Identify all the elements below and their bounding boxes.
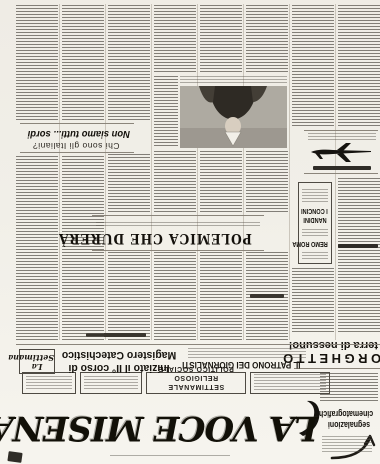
text-column — [292, 268, 334, 332]
text-column — [108, 4, 150, 120]
newspaper-page: segnalazioni cinematografiche BORGHETTO … — [0, 0, 380, 464]
text-column — [62, 156, 104, 340]
ad-line: NANDINI — [302, 216, 328, 223]
column-rule — [151, 4, 152, 340]
text-column — [108, 154, 150, 212]
text-column — [108, 252, 150, 340]
subtitle-line1: SETTIMANALE RELIGIOSO — [168, 374, 224, 390]
airplane-ad — [304, 130, 378, 174]
photo-caption — [180, 76, 287, 83]
column-rule — [197, 4, 198, 340]
info-box-date — [22, 372, 76, 394]
info-box-abbonamenti — [250, 372, 330, 394]
text-column — [16, 156, 58, 340]
ad-line: I CONCINI — [302, 207, 328, 214]
text-column — [246, 150, 288, 212]
info-box-anno — [80, 372, 142, 394]
cinema-heading-line2: cinematografiche — [315, 409, 373, 419]
text-column — [62, 4, 104, 120]
bishop-photo-image — [180, 86, 287, 148]
headline-patrono-deck — [188, 348, 306, 358]
kicker-italiani: Chi sono gli Italiani? — [20, 141, 132, 151]
headline-polemica: POLEMICA CHE DURERÀ — [104, 230, 252, 246]
column-rule — [289, 4, 290, 340]
column-subhead — [250, 294, 284, 298]
headline-rule — [92, 215, 264, 216]
catechismo-line2: Magistero Catechistico — [62, 349, 176, 361]
bishop-photo — [180, 86, 287, 148]
text-column — [338, 176, 380, 332]
column-subhead — [338, 244, 378, 248]
column-rule — [59, 4, 60, 340]
text-column — [154, 76, 178, 146]
column-rule — [105, 4, 106, 340]
scanned-newspaper-screenshot: segnalazioni cinematografiche BORGHETTO … — [0, 0, 380, 464]
section-rule — [16, 344, 380, 345]
masthead-title: LA VOCE MISENA — [22, 400, 318, 448]
masthead-topline — [110, 453, 230, 456]
text-column — [338, 4, 380, 126]
text-column — [154, 252, 196, 340]
ad-title-bar — [313, 166, 371, 170]
airplane-icon — [309, 142, 373, 164]
text-column — [246, 4, 288, 72]
masthead-subtitle-box: SETTIMANALE RELIGIOSO POLITICO SOCIALE — [146, 372, 246, 394]
headline-sordi: Non siamo tutti... sordi — [29, 128, 130, 140]
headline-patrono: IL PATRONO DEI GIORNALISTI — [193, 359, 300, 370]
text-column — [154, 4, 196, 72]
text-column — [154, 150, 196, 212]
ad-line: REMO ROMA — [302, 240, 328, 247]
text-column — [322, 434, 372, 452]
la-settimana-box: La Settimana — [19, 349, 55, 374]
text-column — [200, 4, 242, 72]
headline-rule — [92, 250, 264, 251]
column-rule — [243, 4, 244, 340]
cinema-section-heading: segnalazioni cinematografiche — [325, 408, 373, 430]
section-rule — [294, 368, 380, 369]
text-column — [292, 4, 334, 126]
ad-box: REMO ROMA NANDINI I CONCINI — [298, 182, 332, 264]
headline-rule — [20, 123, 134, 124]
headline-catechismo: Iniziato il II° corso di Magistero Catec… — [59, 348, 179, 374]
text-column — [16, 4, 58, 120]
ink-blot — [7, 451, 22, 463]
text-column — [200, 150, 242, 212]
text-column — [200, 252, 242, 340]
headline-rule — [20, 152, 134, 153]
cinema-heading-line1: segnalazioni — [328, 420, 370, 430]
catechismo-line1: Iniziato il II° corso di — [68, 362, 169, 374]
polemica-deck — [96, 221, 260, 226]
